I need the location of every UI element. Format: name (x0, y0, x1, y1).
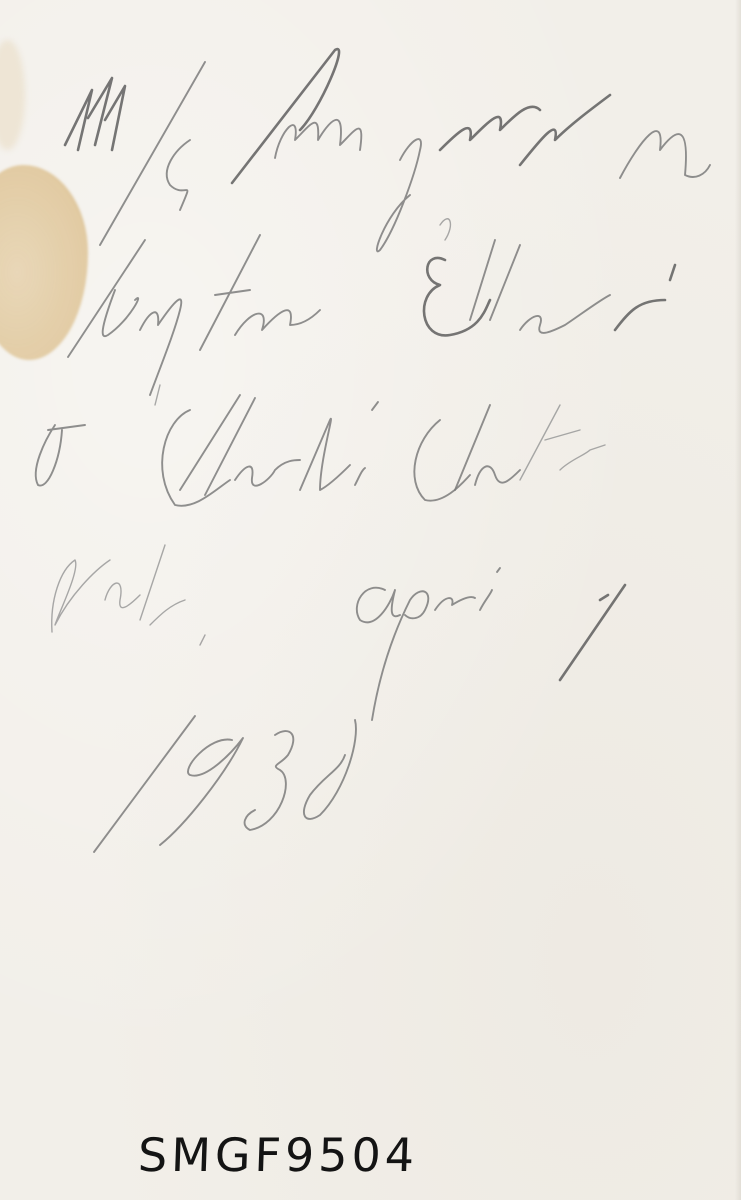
archive-id: SMGF9504 (137, 1128, 419, 1182)
handwriting-line-3 (36, 385, 605, 506)
handwriting-line-2 (68, 219, 675, 395)
handwriting-line-4 (52, 545, 625, 720)
handwriting-line-5 (94, 716, 356, 852)
pencil-handwriting (0, 0, 741, 1200)
handwriting-line-1 (65, 49, 710, 251)
photo-card-reverse: m/s Kungsholm Kapten Ellsén o "Charlie" … (0, 0, 741, 1200)
